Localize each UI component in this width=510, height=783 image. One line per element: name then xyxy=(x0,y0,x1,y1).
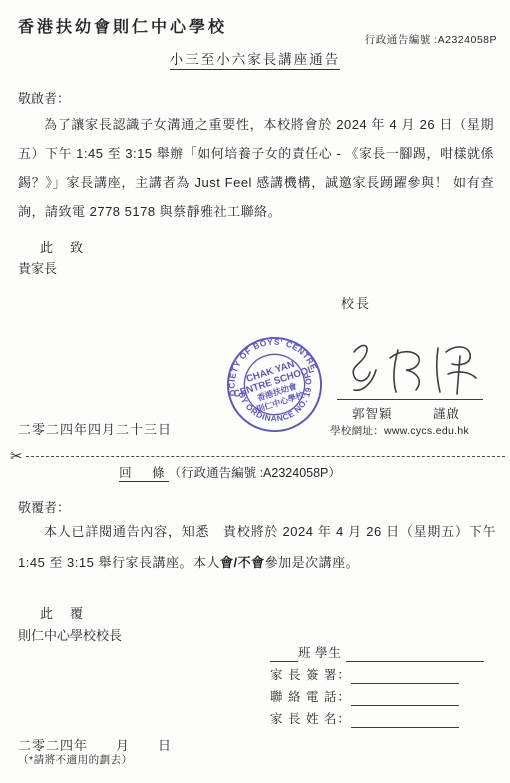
signature-icon xyxy=(336,336,486,398)
parent-name-label: 家 長 姓 名： xyxy=(270,712,351,726)
form-row-parent-name: 家 長 姓 名： xyxy=(270,710,500,732)
contact-phone-blank-field xyxy=(351,690,459,706)
closing-recipient: 貴家長 xyxy=(18,258,57,277)
signature-line xyxy=(337,399,483,400)
form-row-class-student: 班 學生 xyxy=(270,644,500,666)
parent-signature-blank-field xyxy=(351,668,459,684)
scanned-school-notice: { "doc": { "school_name": "香港扶幼會則仁中心學校",… xyxy=(0,0,510,783)
form-row-parent-signature: 家 長 簽 署： xyxy=(270,666,500,688)
school-stamp: SOCIETY OF BOYS' CENTRES INC. BY ORDINAN… xyxy=(213,323,335,445)
issue-date: 二零二四年四月二十三日 xyxy=(18,419,172,438)
class-label: 班 xyxy=(298,646,312,660)
reply-slip-notice-number: （行政通告編號 :A2324058P） xyxy=(169,466,341,480)
parent-name-blank-field xyxy=(351,712,459,728)
reply-closing-recipient: 則仁中心學校校長 xyxy=(18,625,122,644)
principal-title: 校長 xyxy=(341,293,371,312)
principal-signature xyxy=(336,336,486,398)
cut-divider xyxy=(26,456,505,457)
closing-phrase: 此 致 xyxy=(40,237,85,256)
footnote: （*請將不適用的劃去） xyxy=(18,752,133,767)
form-row-contact-phone: 聯 絡 電 話： xyxy=(270,688,500,710)
reply-body-end: 參加是次講座。 xyxy=(265,555,360,570)
reply-form: 班 學生 家 長 簽 署： 聯 絡 電 話： 家 長 姓 名： xyxy=(270,644,500,732)
principal-name-signoff: 郭智穎 謹啟 xyxy=(352,404,460,422)
reply-closing-phrase: 此 覆 xyxy=(40,603,85,622)
student-name-blank-field xyxy=(346,646,484,662)
attend-or-not-choice: 會/不會 xyxy=(220,555,265,570)
reply-slip-title-row: 回 條（行政通告編號 :A2324058P） xyxy=(0,463,460,481)
contact-phone-label: 聯 絡 電 話： xyxy=(270,690,351,704)
reply-body: 本人已詳閱通告內容，知悉 貴校將於 2024 年 4 月 26 日（星期五）下午… xyxy=(18,516,496,578)
notice-title: 小三至小六家長講座通告 xyxy=(0,48,510,68)
school-website: 學校網址：www.cycs.edu.hk xyxy=(330,423,469,438)
reply-slip-title: 回 條 xyxy=(119,466,169,482)
class-blank-field xyxy=(270,646,298,662)
reply-salutation: 敬覆者： xyxy=(18,497,70,516)
school-name: 香港扶幼會則仁中心學校 xyxy=(18,14,227,37)
notice-body: 為了讓家長認識子女溝通之重要性，本校將會於 2024 年 4 月 26 日（星期… xyxy=(18,110,494,226)
student-label: 學生 xyxy=(315,646,342,660)
notice-number: 行政通告編號 :A2324058P xyxy=(365,32,497,47)
notice-title-text: 小三至小六家長講座通告 xyxy=(170,52,341,70)
salutation: 敬啟者： xyxy=(18,88,70,107)
parent-signature-label: 家 長 簽 署： xyxy=(270,668,351,682)
school-stamp-icon: SOCIETY OF BOYS' CENTRES INC. BY ORDINAN… xyxy=(213,323,335,445)
